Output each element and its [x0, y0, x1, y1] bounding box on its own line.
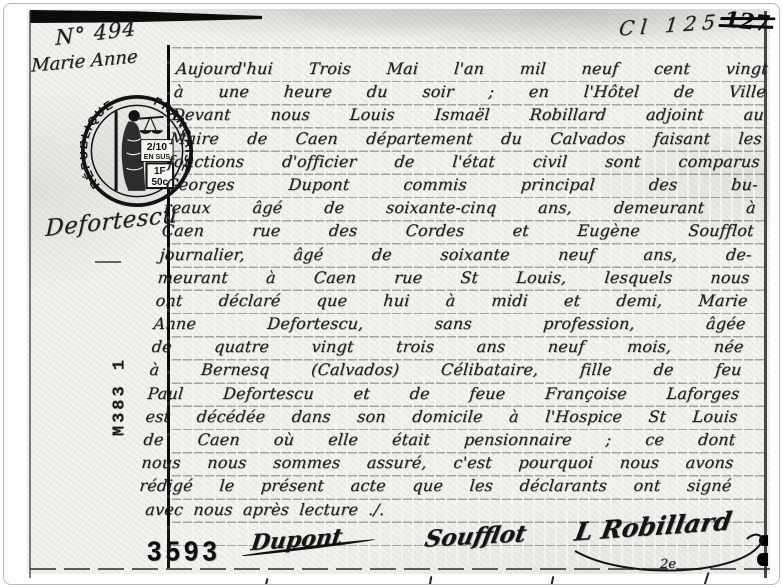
body-line: Anne Defortescu, sans profession, âgée: [153, 312, 747, 335]
body-line: est décédée dans son domicile à l'Hospic…: [145, 405, 739, 428]
body-line: journalier, âgé de soixante neuf ans, de…: [159, 243, 753, 266]
screenshot-frame: N° 494 Marie Anne RÉPUBLIQUE FRANÇAISE: [3, 3, 780, 585]
deceased-given-names: Marie Anne: [31, 46, 138, 76]
body-line: Caen rue des Cordes et Eugène Soufflot: [161, 219, 755, 242]
body-line: meurant à Caen rue St Louis, lesquels no…: [157, 266, 751, 289]
body-line: Maire de Caen département du Calvados fa…: [169, 127, 763, 150]
partial-stroke: [550, 576, 555, 585]
partial-stroke: [263, 578, 268, 585]
document-scan: N° 494 Marie Anne RÉPUBLIQUE FRANÇAISE: [27, 9, 770, 574]
body-line: à une heure du soir ; en l'Hôtel de Vill…: [173, 80, 767, 103]
body-line: reaux âgé de soixante-cinq ans, demeuran…: [163, 196, 757, 219]
crossed-out-number: 127: [721, 7, 773, 37]
surname-dash: [95, 261, 121, 263]
body-line: de quatre vingt trois ans neuf mois, née: [151, 335, 745, 358]
stamp-surtax-label: EN SUS: [144, 153, 171, 161]
body-line: à Bernesq (Calvados) Célibataire, fille …: [149, 358, 743, 381]
body-line: Paul Defortescu et de feue Françoise Laf…: [147, 382, 741, 405]
deceased-surname: Defortescu: [45, 202, 178, 242]
scan-top-edge-artifact: [30, 10, 262, 23]
page-number-stamp: 3593: [147, 535, 221, 568]
partial-stroke: [428, 576, 433, 585]
archive-vertical-stamp: M383 1: [111, 324, 130, 470]
body-line: Aujourd'hui Trois Mai l'an mil neuf cent…: [175, 57, 769, 80]
body-line: ont déclaré que hui à midi et demi, Mari…: [155, 289, 749, 312]
signature-soufflot: Soufflot: [422, 520, 528, 553]
registry-mark: Cl 125: [618, 9, 723, 40]
paraph-mark: 2e: [660, 557, 676, 572]
body-line: de Caen où elle était pensionnaire ; ce …: [143, 428, 737, 451]
body-line: rédigé le présent acte que les déclarant…: [138, 474, 732, 497]
stamp-surtax-value: 2/10: [147, 142, 168, 153]
stamp-value-francs: 1F: [154, 166, 166, 177]
body-line: nous nous sommes assuré, c'est pourquoi …: [140, 451, 734, 474]
body-line: fonctions d'officier de l'état civil son…: [167, 150, 761, 173]
scan-left-edge: [29, 11, 31, 578]
body-line: Devant nous Louis Ismaël Robillard adjoi…: [171, 103, 765, 126]
body-line: Georges Dupont commis principal des bu-: [165, 173, 759, 196]
act-body-text: Aujourd'hui Trois Mai l'an mil neuf cent…: [136, 57, 769, 521]
